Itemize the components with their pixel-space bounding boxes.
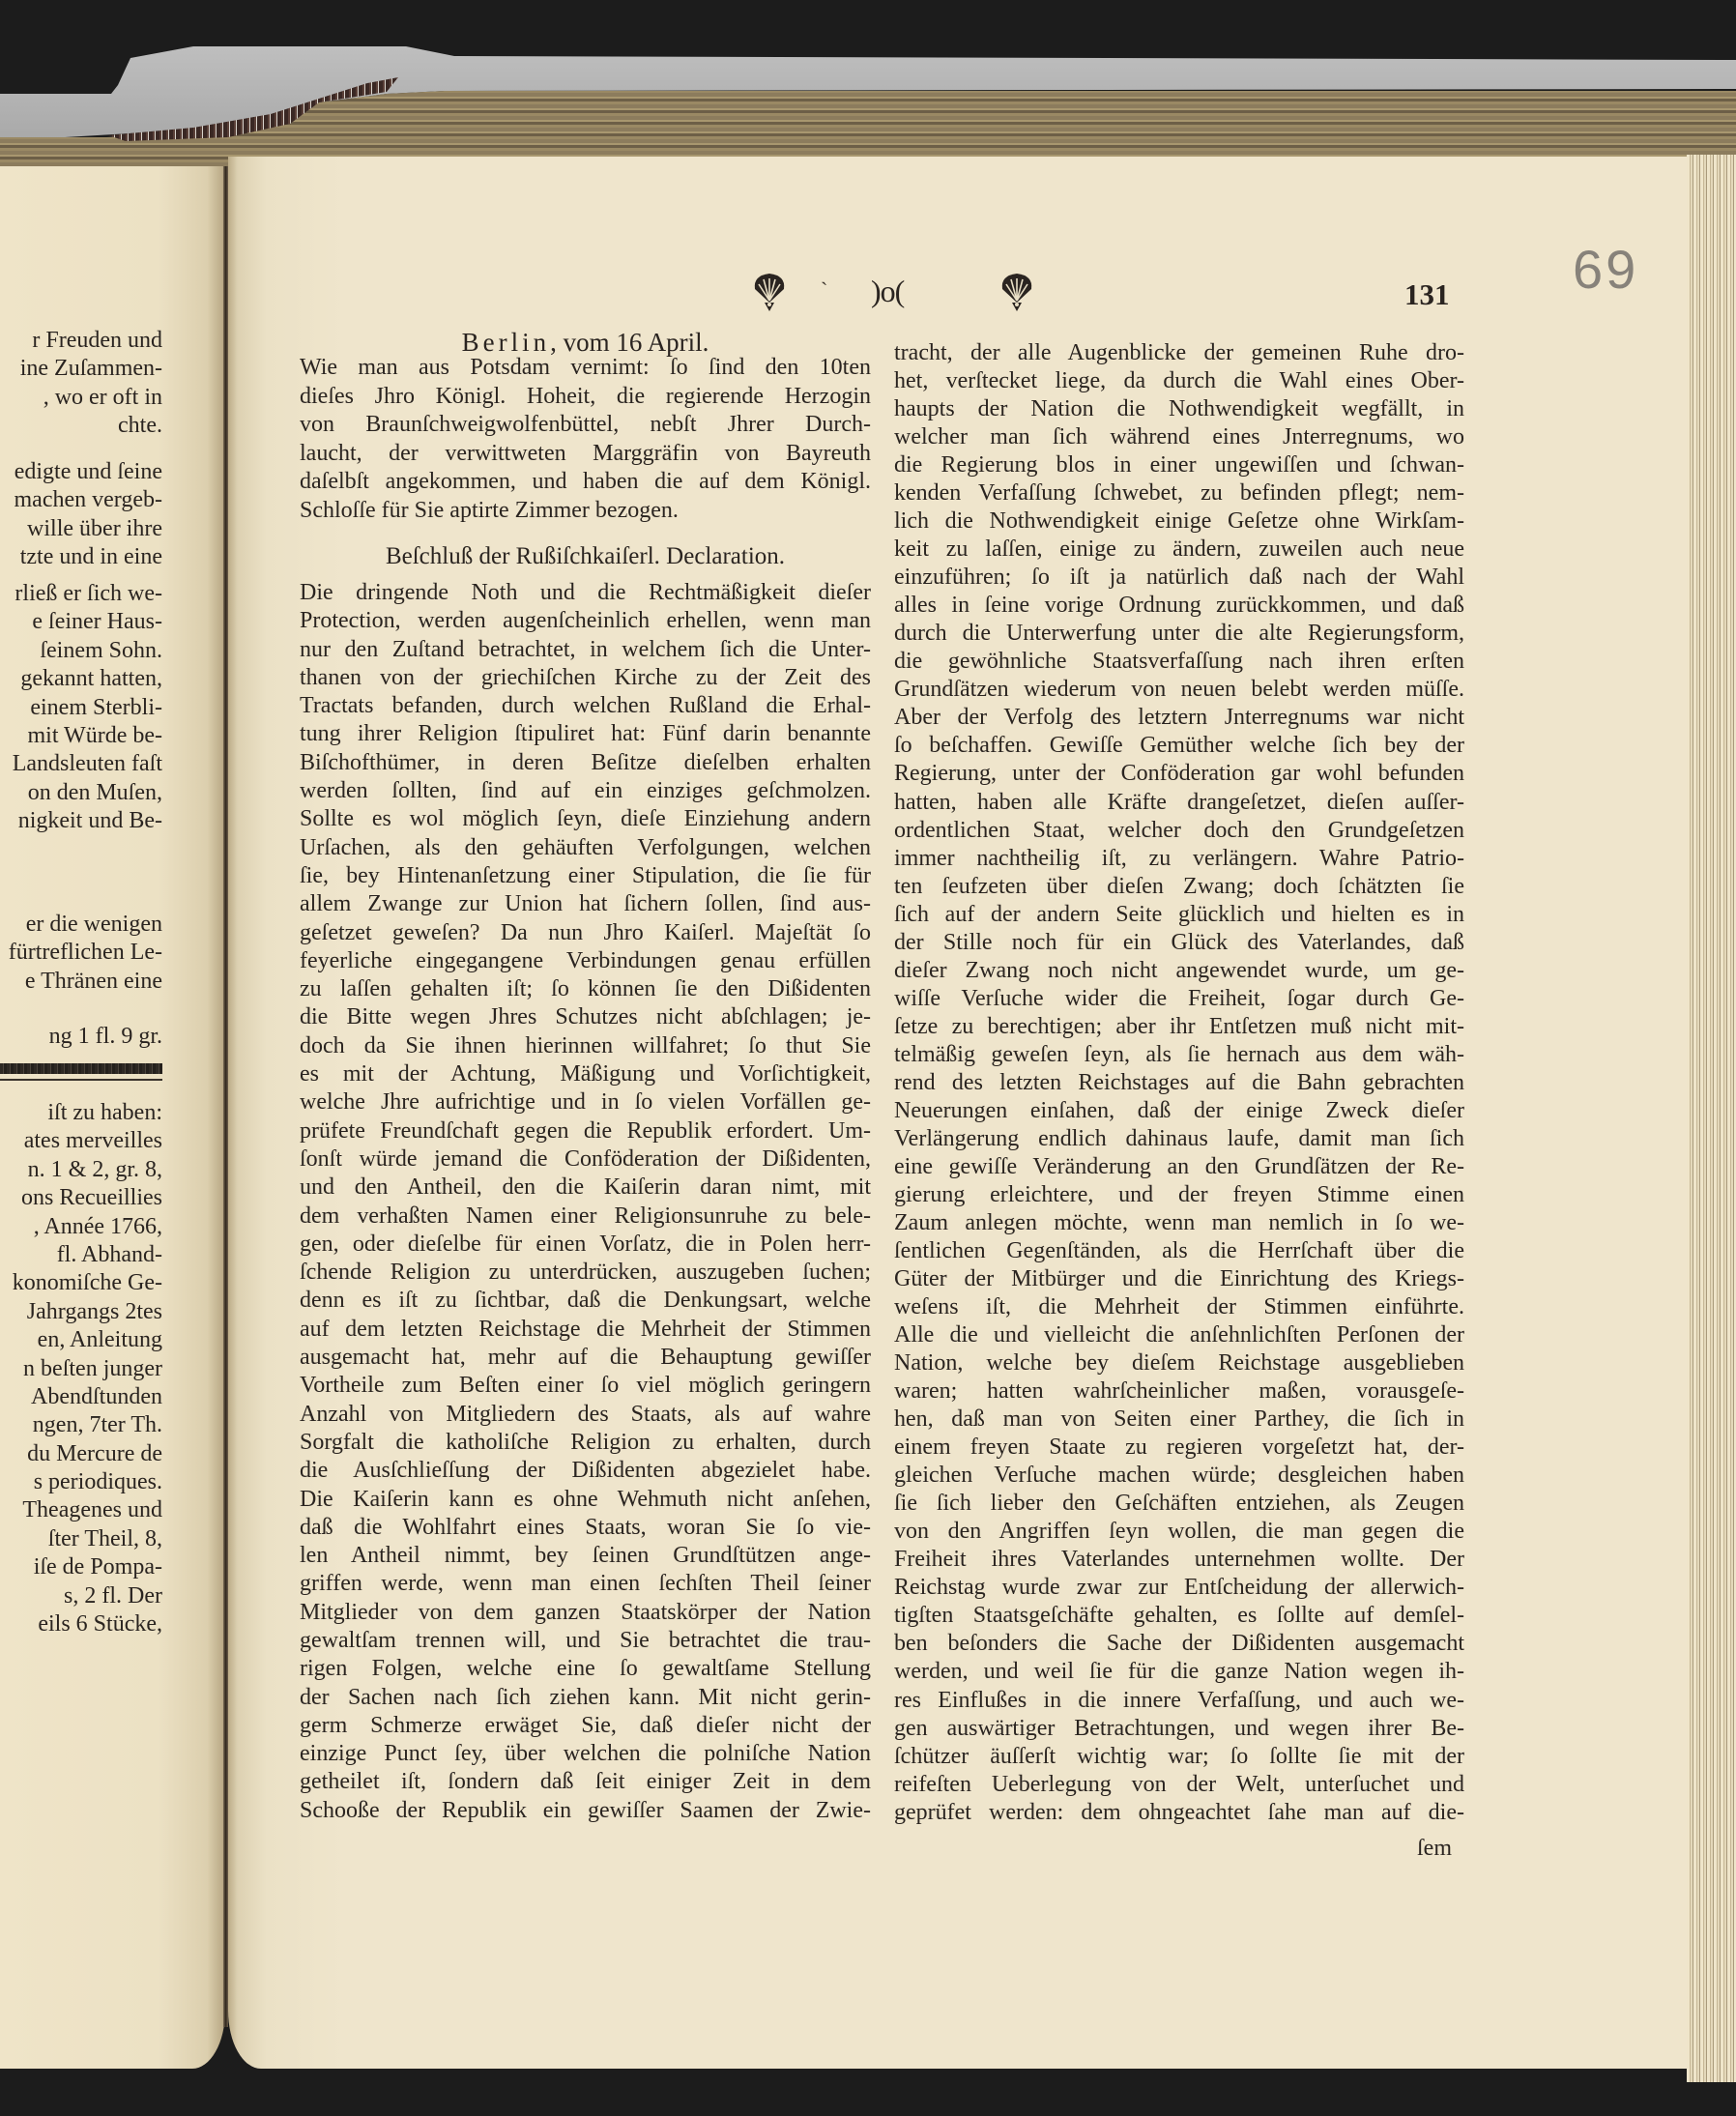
text-line: prüfete Freundſchaft gegen die Republik … [300, 1117, 871, 1145]
text-line: iſe de Pompa- [0, 1553, 162, 1581]
text-line: hatten, haben alle Kräfte drangeſetzet, … [894, 789, 1464, 817]
text-line: geprüfet werden: dem ohngeachtet ſahe ma… [894, 1799, 1464, 1827]
text-line: Mitglieder von dem ganzen Staatskörper d… [300, 1599, 871, 1627]
text-line: eine gewiſſe Veränderung an den Grundſät… [894, 1153, 1464, 1181]
text-line: daß die Wohlfahrt eines Staats, woran Si… [300, 1514, 871, 1542]
text-line: kenden Verfaſſung ſchwebet, zu befinden … [894, 479, 1464, 507]
text-line: ine Zuſammen- [0, 355, 162, 383]
text-line: en, Anleitung [0, 1326, 162, 1354]
text-line: telmäßig geweſen ſeyn, als ſie hernach a… [894, 1041, 1464, 1069]
text-line: zu laſſen gehalten iſt; ſo können ſie de… [300, 975, 871, 1003]
right-column-text: tracht, der alle Augenblicke der gemeine… [894, 339, 1464, 1827]
text-line: einem Sterbli- [0, 694, 162, 722]
text-line: Die dringende Noth und die Rechtmäßigkei… [300, 579, 871, 607]
text-line: ng 1 fl. 9 gr. [0, 1023, 162, 1051]
text-line: welcher man ſich während eines Jnterregn… [894, 423, 1464, 451]
text-line: dieſes Jhro Königl. Hoheit, die regieren… [300, 383, 871, 412]
text-line: doch da Sie ihnen hierinnen willfahret; … [300, 1032, 871, 1060]
text-line: ſo beſchaffen. Gewiſſe Gemüther welche ſ… [894, 732, 1464, 760]
text-line: fl. Abhand- [0, 1241, 162, 1269]
text-line: ausgemacht hat, mehr auf die Behauptung … [300, 1344, 871, 1372]
text-line: wille über ihre [0, 515, 162, 543]
text-line: ſter Theil, 8, [0, 1525, 162, 1553]
text-line: die Regierung blos in einer ungewiſſen u… [894, 451, 1464, 479]
text-line: Güter der Mitbürger und die Einrichtung … [894, 1265, 1464, 1293]
text-line: ſentlichen Gegenſtänden, als die Herrſch… [894, 1237, 1464, 1265]
text-line: Landsleuten faſt [0, 750, 162, 778]
text-line: Protection, werden augenſcheinlich erhel… [300, 607, 871, 635]
text-line: welche Jhre aufrichtige und in ſo vielen… [300, 1088, 871, 1116]
text-line: weſens iſt, die Mehrheit der Stimmen ein… [894, 1293, 1464, 1321]
text-line: einzige Punct ſey, über welchen die poln… [300, 1740, 871, 1768]
text-line: Theagenes und [0, 1496, 162, 1524]
text-line: werden ſollten, ſind auf ein einziges ge… [300, 777, 871, 805]
text-line: geſetzet geweſen? Da nun Jhro Kaiſerl. M… [300, 919, 871, 947]
text-line: dieſer Zwang noch nicht angewendet wurde… [894, 957, 1464, 985]
text-line: ſeinem Sohn. [0, 637, 162, 665]
section-rule-thick [0, 1063, 162, 1074]
text-line: rließ er ſich we- [0, 580, 162, 608]
left-page-block-4: er die wenigenfürtreflichen Le-e Thränen… [0, 911, 162, 996]
text-line: getheilet iſt, ſondern daß ſeit einiger … [300, 1768, 871, 1796]
text-line: hen, daß man von Seiten einer Parthey, d… [894, 1406, 1464, 1434]
text-line: e ſeiner Haus- [0, 608, 162, 636]
catchword: ſem [1330, 1835, 1452, 1863]
text-line: s periodiques. [0, 1468, 162, 1496]
text-line: ten ſeufzeten über dieſen Zwang; doch ſc… [894, 873, 1464, 901]
text-line: on den Muſen, [0, 779, 162, 807]
text-line: durch die Unterwerfung unter die alte Re… [894, 620, 1464, 648]
text-line: gierung erleichtere, und der freyen Stim… [894, 1181, 1464, 1209]
text-line: haupts der Nation die Nothwendigkeit weg… [894, 395, 1464, 423]
text-line: ſetze zu berechtigen; aber ihr Entſetzen… [894, 1013, 1464, 1041]
text-line: Tractats befanden, durch welchen Rußland… [300, 692, 871, 720]
text-line: feyerliche eingegangene Verbindungen gen… [300, 947, 871, 975]
header-center-ornament: )o( [871, 275, 904, 307]
text-line: dem verhaßten Namen einer Religionsunruh… [300, 1203, 871, 1231]
text-line: Nation, welche bey dieſem Reichstage aus… [894, 1349, 1464, 1377]
handwritten-folio-number: 69 [1573, 243, 1638, 297]
text-line: gewaltſam trennen will, und Sie betracht… [300, 1627, 871, 1655]
text-line: die Ausſchlieſſung der Dißidenten abgezi… [300, 1457, 871, 1485]
text-line: Jahrgangs 2tes [0, 1298, 162, 1326]
text-line: Die Kaiſerin kann es ohne Wehmuth nicht … [300, 1486, 871, 1514]
text-line: Abendſtunden [0, 1383, 162, 1411]
text-line: Sorgfalt die katholiſche Religion zu erh… [300, 1429, 871, 1457]
section-rule-thin [0, 1079, 162, 1081]
text-line: Reichstag wurde zwar zur Entſcheidung de… [894, 1574, 1464, 1602]
text-line: chte. [0, 412, 162, 440]
text-line: ngen, 7ter Th. [0, 1411, 162, 1439]
header-tick-mark: ` [821, 279, 827, 301]
text-line: einem freyen Staate zu regieren vorgeſet… [894, 1434, 1464, 1462]
text-line: Wie man aus Potsdam vernimt: ſo ſind den… [300, 354, 871, 383]
text-line: tracht, der alle Augenblicke der gemeine… [894, 339, 1464, 367]
text-line: der Stille noch für ein Glück des Vaterl… [894, 929, 1464, 957]
text-line: machen vergeb- [0, 486, 162, 514]
shell-ornament-icon [997, 270, 1037, 312]
text-line: mit Würde be- [0, 722, 162, 750]
article-paragraph-berlin: Wie man aus Potsdam vernimt: ſo ſind den… [300, 354, 871, 525]
text-line: lich die Nothwendigkeit einige Geſetze o… [894, 507, 1464, 536]
text-line: gleichen Verſuche machen würde; desgleic… [894, 1462, 1464, 1490]
text-line: allem Zwange zur Union hat ſichern ſolle… [300, 890, 871, 918]
text-line: n. 1 & 2, gr. 8, [0, 1156, 162, 1184]
text-line: ordentlichen Staat, welcher doch den Gru… [894, 817, 1464, 845]
text-line: thanen von der griechiſchen Kirche zu de… [300, 664, 871, 692]
article-heading-declaration: Beſchluß der Rußiſchkaiſerl. Declaration… [300, 541, 871, 572]
text-line: n beſten junger [0, 1355, 162, 1383]
text-line: , wo er oft in [0, 384, 162, 412]
text-line: du Mercure de [0, 1440, 162, 1468]
text-line: Vortheile zum Beſten einer ſo viel mögli… [300, 1372, 871, 1400]
text-line: Schooße der Republik ein gewiſſer Saamen… [300, 1797, 871, 1825]
text-line: edigte und ſeine [0, 458, 162, 486]
text-line: ſonſt würde jemand die Conföderation der… [300, 1145, 871, 1174]
text-line: gekannt hatten, [0, 665, 162, 693]
text-line: ſchützer äuſſerſt wichtig war; ſo ſollte… [894, 1743, 1464, 1771]
left-page-block-3: rließ er ſich we-e ſeiner Haus-ſeinem So… [0, 580, 162, 836]
text-line: rend des letzten Reichstages auf die Bah… [894, 1069, 1464, 1097]
text-line: auf dem letzten Reichstage die Mehrheit … [300, 1316, 871, 1344]
text-line: rigen Folgen, welche eine ſo gewaltſame … [300, 1655, 871, 1683]
text-line: Freiheit ihres Vaterlandes unternehmen w… [894, 1546, 1464, 1574]
text-line: griffen werde, wenn man einen ſechſten T… [300, 1570, 871, 1598]
text-line: er die wenigen [0, 911, 162, 939]
text-line: werden, und weil ſie für die ganze Natio… [894, 1658, 1464, 1686]
heading-date: , vom 16 April. [550, 328, 709, 357]
left-page: r Freuden undine Zuſammen-, wo er oft in… [0, 166, 225, 2069]
text-line: die gewöhnliche Staatsverfaſſung nach ih… [894, 648, 1464, 676]
text-line: denn es iſt zu ſichtbar, daß die Denkung… [300, 1287, 871, 1315]
text-line: nigkeit und Be- [0, 807, 162, 835]
text-line: tung ihrer Religion ſtipuliret hat: Fünf… [300, 720, 871, 748]
text-line: e Thränen eine [0, 968, 162, 996]
text-line: reifeſten Ueberlegung von der Welt, unte… [894, 1771, 1464, 1799]
text-line: , Année 1766, [0, 1213, 162, 1241]
text-line: germ Schmerze erwäget Sie, daß dieſer ni… [300, 1712, 871, 1740]
text-line: gen auswärtiger Betrachtungen, und wegen… [894, 1715, 1464, 1743]
text-line: ſie ſich lieber den Geſchäften entziehen… [894, 1490, 1464, 1518]
text-line: ſchende Religion zu unterdrücken, auszug… [300, 1259, 871, 1287]
text-line: gen, oder dieſelbe für einen Vorſatz, di… [300, 1231, 871, 1259]
text-line: tzte und in eine [0, 543, 162, 571]
text-line: ſie, bey Hintenanſetzung einer Stipulati… [300, 862, 871, 890]
text-line: und den Antheil, den die Kaiſerin daran … [300, 1174, 871, 1202]
text-line: iſt zu haben: [0, 1099, 162, 1127]
text-line: von den Angriffen ſeyn wollen, die man g… [894, 1518, 1464, 1546]
text-line: keit zu laſſen, einige zu ändern, zuweil… [894, 536, 1464, 564]
text-line: daſelbſt angekommen, und haben die auf d… [300, 468, 871, 497]
text-line: Neuerungen einſahen, daß der einige Zwec… [894, 1097, 1464, 1125]
text-line: Aber der Verfolg des letztern Jnterregnu… [894, 704, 1464, 732]
text-line: laucht, der verwittweten Marggräfin von … [300, 440, 871, 469]
left-page-price-line: ng 1 fl. 9 gr. [0, 1023, 162, 1051]
text-line: die Bitte wegen Jhres Schutzes nicht abſ… [300, 1003, 871, 1031]
text-line: tigſten Staatsgeſchäfte gehalten, es ſol… [894, 1602, 1464, 1630]
text-line: Grundſätzen wiederum von neuen belebt we… [894, 676, 1464, 704]
page-number: 131 [1404, 278, 1450, 311]
text-line: Zaum anlegen möchte, wenn man nemlich in… [894, 1209, 1464, 1237]
left-page-block-1: r Freuden undine Zuſammen-, wo er oft in… [0, 327, 162, 441]
book-gutter [223, 166, 228, 2027]
text-line: s, 2 fl. Der [0, 1582, 162, 1610]
text-line: Schloſſe für Sie aptirte Zimmer bezogen. [300, 497, 871, 526]
article-paragraph-declaration: Die dringende Noth und die Rechtmäßigkei… [300, 579, 871, 1825]
text-line: fürtreflichen Le- [0, 939, 162, 967]
text-line: res Einflußes in die innere Verfaſſung, … [894, 1687, 1464, 1715]
text-line: von Braunſchweigwolfenbüttel, nebſt Jhre… [300, 411, 871, 440]
text-line: ons Recueillies [0, 1184, 162, 1212]
text-line: immer nachtheilig iſt, zu verlängern. Wa… [894, 845, 1464, 873]
text-line: Anzahl von Mitgliedern des Staats, als a… [300, 1401, 871, 1429]
text-line: es mit der Achtung, Mäßigung und Vorſich… [300, 1060, 871, 1088]
text-line: Alle die und vielleicht die anſehnlichſt… [894, 1321, 1464, 1349]
text-line: einzuführen; ſo iſt ja natürlich daß nac… [894, 564, 1464, 592]
text-line: eils 6 Stücke, [0, 1610, 162, 1638]
heading-place: Berlin [462, 328, 551, 357]
text-line: het, verſtecket liege, da durch die Wahl… [894, 367, 1464, 395]
text-line: waren; hatten wahrſcheinlicher maßen, vo… [894, 1377, 1464, 1406]
text-line: Regierung, unter der Conföderation gar w… [894, 760, 1464, 788]
text-line: Verlängerung endlich dahinaus laufe, dam… [894, 1125, 1464, 1153]
text-line: wiſſe Verſuche wider die Freiheit, ſogar… [894, 985, 1464, 1013]
text-line: Biſchofthümer, in deren Beſitze dieſelbe… [300, 749, 871, 777]
text-line: nur den Zuſtand betrachtet, in welchem ſ… [300, 636, 871, 664]
text-line: len Antheil nimmt, bey ſeinen Grundſtütz… [300, 1542, 871, 1570]
text-line: Urſachen, als den gehäuften Verfolgungen… [300, 834, 871, 862]
text-line: ben beſonders die Sache der Dißidenten a… [894, 1630, 1464, 1658]
text-line: konomiſche Ge- [0, 1269, 162, 1297]
text-line: der Sachen nach ſich ziehen kann. Mit ni… [300, 1684, 871, 1712]
page-stack-edge [1687, 155, 1736, 2082]
text-line: r Freuden und [0, 327, 162, 355]
text-line: ates merveilles [0, 1127, 162, 1155]
left-page-block-2: edigte und ſeinemachen vergeb-wille über… [0, 458, 162, 572]
right-page: ` )o( 131 69 Berlin, vom 16 April. Wie m… [228, 157, 1687, 2069]
text-line: Sollte es wol möglich ſeyn, dieſe Einzie… [300, 805, 871, 833]
text-line: ſich auf der andern Seite glücklich und … [894, 901, 1464, 929]
shell-ornament-icon [749, 270, 790, 312]
text-line: alles in ſeine vorige Ordnung zurückkomm… [894, 592, 1464, 620]
left-page-book-list: iſt zu haben:ates merveillesn. 1 & 2, gr… [0, 1099, 162, 1638]
